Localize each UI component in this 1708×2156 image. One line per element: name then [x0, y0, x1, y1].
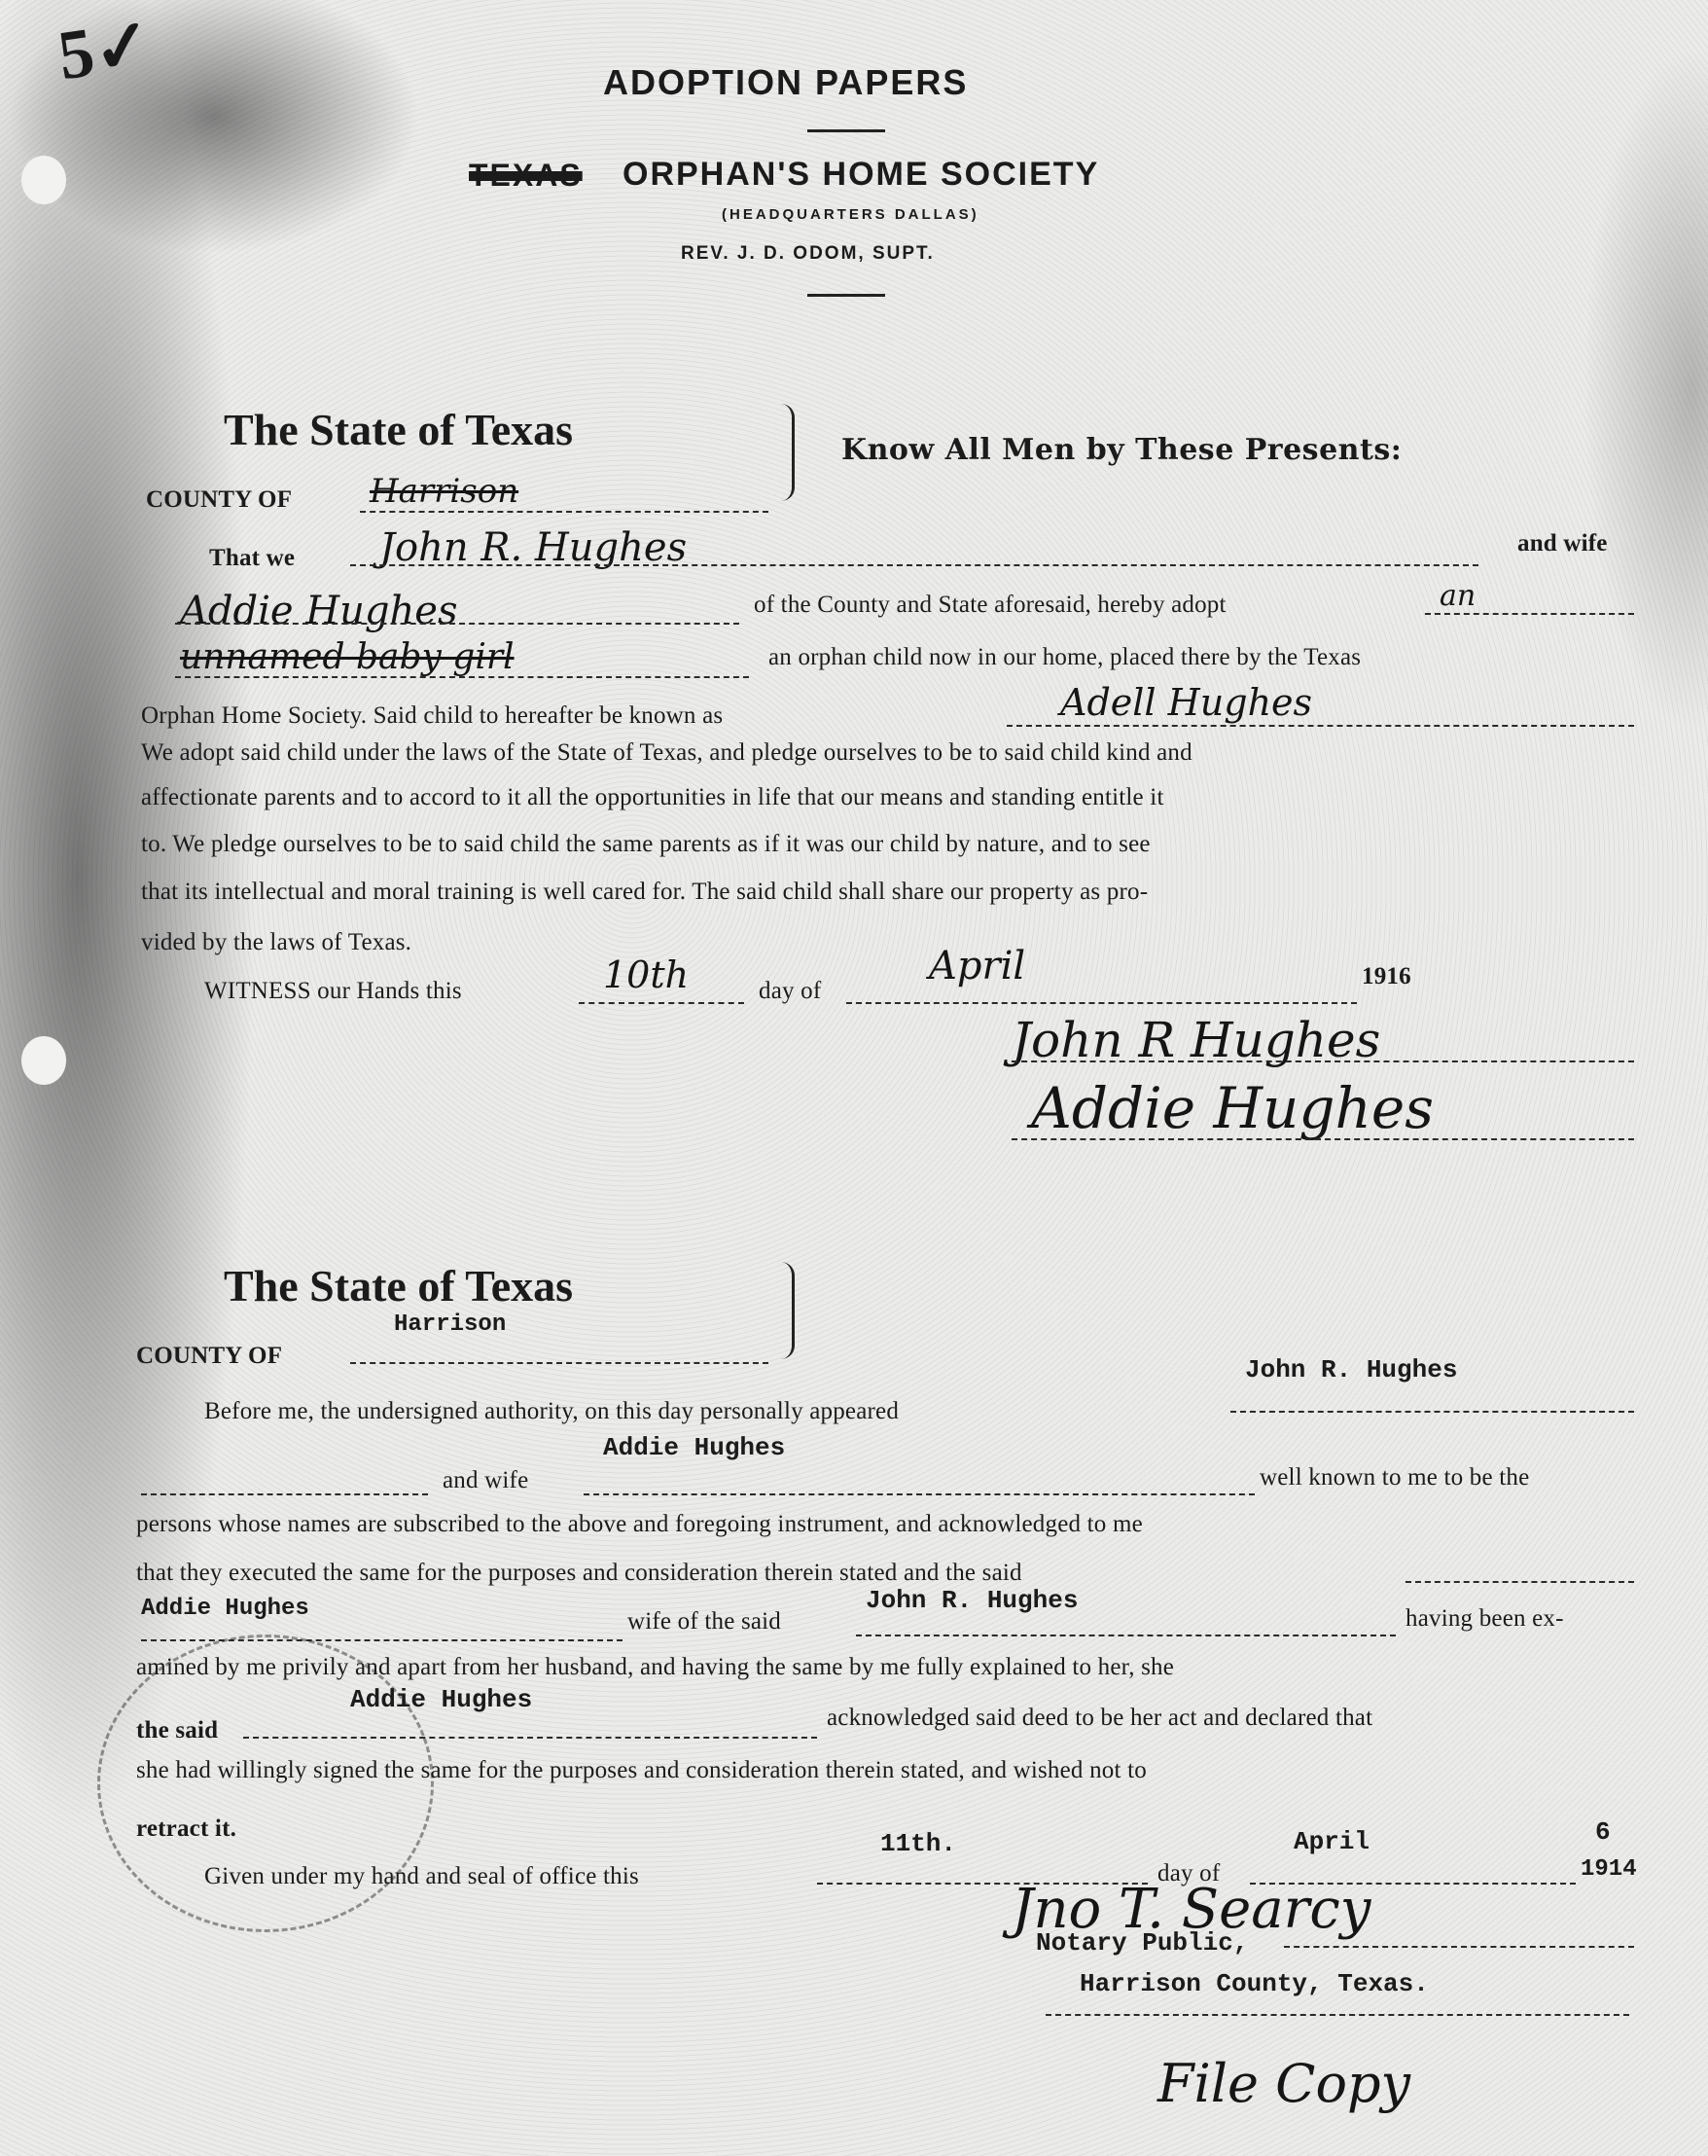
adopt-value-2: unnamed baby girl: [180, 637, 515, 677]
county-typed: Harrison: [394, 1312, 506, 1338]
blank-line: [579, 1002, 744, 1004]
blank-line: [1406, 1581, 1634, 1583]
county-label: COUNTY OF: [146, 486, 292, 514]
acknowledgment-line: acknowledged said deed to be her act and…: [827, 1705, 1372, 1732]
blank-line: [360, 511, 768, 513]
blank-line: [856, 1635, 1396, 1636]
year-correction: 6: [1595, 1817, 1611, 1847]
day-of-label: day of: [759, 978, 821, 1005]
brace: [778, 1262, 795, 1359]
having-been-text: having been ex-: [1406, 1605, 1564, 1633]
paragraph-line: We adopt said child under the laws of th…: [141, 739, 1192, 767]
brace: [778, 404, 795, 501]
county-state-text: of the County and State aforesaid, hereb…: [754, 592, 1227, 619]
blank-line: [350, 564, 1478, 566]
blank-line: [350, 1362, 768, 1364]
signature-line: [1012, 1138, 1634, 1140]
blank-line: [1046, 2014, 1629, 2016]
acknowledgment-line: Before me, the undersigned authority, on…: [204, 1398, 899, 1425]
wife-typed: Addie Hughes: [603, 1433, 785, 1462]
notary-title: Notary Public,: [1036, 1928, 1248, 1958]
signature-line: [1012, 1060, 1634, 1062]
given-month: April: [1294, 1827, 1370, 1856]
husband-typed-2: John R. Hughes: [866, 1586, 1078, 1615]
divider: [807, 129, 885, 132]
document-page: 5✓ ADOPTION PAPERS TEXAS ORPHAN'S HOME S…: [0, 0, 1708, 2156]
wife-typed-2: Addie Hughes: [141, 1596, 309, 1622]
blank-line: [1425, 613, 1634, 615]
wife-of-said: wife of the said: [627, 1608, 781, 1635]
orphan-text: an orphan child now in our home, placed …: [768, 644, 1361, 671]
file-copy-annotation: File Copy: [1157, 2053, 1410, 2114]
headquarters: (HEADQUARTERS DALLAS): [722, 206, 979, 223]
witness-label: WITNESS our Hands this: [204, 978, 462, 1005]
given-day: 11th.: [880, 1829, 956, 1858]
wife-name-handwritten: Addie Hughes: [180, 589, 458, 633]
notary-seal: [97, 1635, 434, 1932]
and-wife-label: and wife: [443, 1467, 528, 1494]
know-all-men-heading: Know All Men by These Presents:: [841, 433, 1402, 467]
blank-line: [584, 1493, 1255, 1495]
society-line: Orphan Home Society. Said child to herea…: [141, 702, 723, 730]
county-value: Harrison: [370, 472, 518, 511]
acknowledgment-line: persons whose names are subscribed to th…: [136, 1511, 1143, 1538]
superintendent: REV. J. D. ODOM, SUPT.: [681, 243, 935, 265]
state-heading: The State of Texas: [224, 404, 573, 455]
witness-day: 10th: [603, 953, 689, 996]
county-label: COUNTY OF: [136, 1343, 282, 1370]
witness-year: 1916: [1362, 963, 1411, 990]
child-name-handwritten: Adell Hughes: [1060, 681, 1312, 724]
divider: [807, 294, 885, 297]
blank-line: [175, 623, 739, 625]
struck-society-prefix: TEXAS: [469, 158, 583, 194]
punch-hole: [21, 1036, 66, 1085]
acknowledgment-line: that they executed the same for the purp…: [136, 1560, 1022, 1587]
paragraph-line: to. We pledge ourselves to be to said ch…: [141, 831, 1151, 858]
blank-line: [846, 1002, 1357, 1004]
document-title: ADOPTION PAPERS: [603, 62, 968, 103]
notary-county: Harrison County, Texas.: [1080, 1969, 1429, 1998]
adopt-value-1: an: [1440, 579, 1476, 613]
paragraph-line: affectionate parents and to accord to it…: [141, 784, 1164, 811]
paragraph-line: vided by the laws of Texas.: [141, 929, 411, 956]
check-mark-icon: 5✓: [53, 2, 158, 97]
and-wife-label: and wife: [1517, 530, 1608, 557]
paragraph-line: that its intellectual and moral training…: [141, 879, 1148, 906]
that-we-label: That we: [209, 545, 295, 572]
witness-month: April: [929, 944, 1025, 988]
blank-line: [1230, 1411, 1634, 1413]
given-year: 1914: [1581, 1856, 1637, 1883]
blank-line: [141, 1493, 428, 1495]
society-name: ORPHAN'S HOME SOCIETY: [623, 156, 1099, 194]
blank-line: [1284, 1946, 1634, 1948]
blank-line: [1007, 725, 1634, 727]
well-known-text: well known to me to be the: [1260, 1464, 1529, 1491]
punch-hole: [21, 156, 66, 204]
signature-wife: Addie Hughes: [1031, 1075, 1434, 1141]
blank-line: [175, 676, 749, 678]
state-heading: The State of Texas: [224, 1260, 573, 1312]
husband-typed: John R. Hughes: [1245, 1355, 1457, 1384]
